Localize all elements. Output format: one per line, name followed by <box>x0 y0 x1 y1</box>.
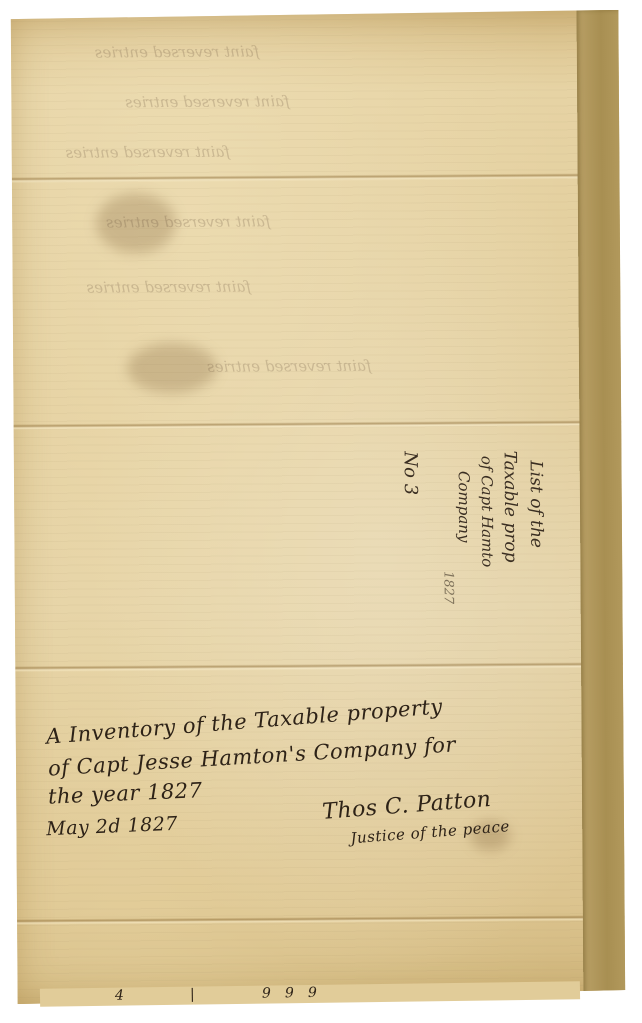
stub-mark: 9 <box>308 985 317 1001</box>
bleed-through-text: faint reversed entries <box>95 42 259 61</box>
docket-line: Taxable prop <box>500 451 521 563</box>
stub-mark: | <box>190 987 195 1003</box>
docket-line: of Capt Hamto <box>478 456 497 568</box>
stub-mark: 9 <box>262 986 271 1002</box>
bleed-through-text: faint reversed entries <box>106 212 270 231</box>
tape-strip <box>577 10 632 1000</box>
manuscript-page: faint reversed entries faint reversed en… <box>5 10 632 1004</box>
docket-line: Company <box>455 471 473 543</box>
bleed-through-text: faint reversed entries <box>125 92 289 111</box>
stub-mark: 4 <box>115 988 124 1004</box>
docket-number: No 3 <box>400 451 421 495</box>
bleed-through-text: faint reversed entries <box>65 143 229 162</box>
stub-mark: 9 <box>285 985 294 1001</box>
docket-year: 1827 <box>440 571 455 604</box>
bleed-through-text: faint reversed entries <box>86 277 250 296</box>
bleed-through-text: faint reversed entries <box>207 357 371 376</box>
docket-line: List of the <box>526 460 547 548</box>
